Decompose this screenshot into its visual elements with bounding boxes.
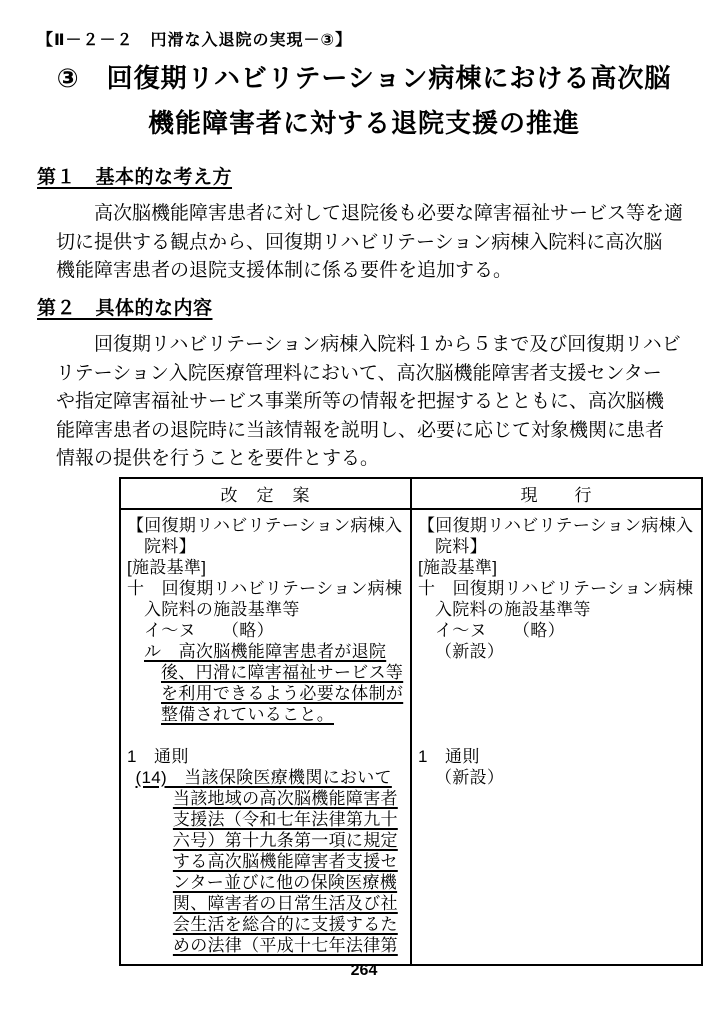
table-text-line: イ～ヌ （略） [418,620,698,641]
table-text-line: めの法律（平成十七年法律第 [127,935,407,956]
table-text-line: 整備されていること。 [127,704,407,725]
table-text-line: [施設基準] [127,557,407,578]
table-body-row: 【回復期リハビリテーション病棟入院料】[施設基準]十 回復期リハビリテーション病… [120,509,702,965]
table-header-row: 改 定 案 現 行 [120,478,702,509]
table-cell-revised: 【回復期リハビリテーション病棟入院料】[施設基準]十 回復期リハビリテーション病… [120,509,411,965]
table-text-line: ル 高次脳機能障害患者が退院 [127,641,407,662]
page-title: ③ 回復期リハビリテーション病棟における高次脳 機能障害者に対する退院支援の推進 [0,56,728,146]
page-number: 264 [0,962,728,980]
table-text-line: 1 通則 [127,746,407,767]
table-text-line: 【回復期リハビリテーション病棟入 [127,515,407,536]
table-text-line: 入院料の施設基準等 [127,599,407,620]
table-header-current: 現 行 [411,478,702,509]
table-cell-current: 【回復期リハビリテーション病棟入院料】[施設基準]十 回復期リハビリテーション病… [411,509,702,965]
table-text-line: ンター並びに他の保険医療機 [127,872,407,893]
table-text-line: 十 回復期リハビリテーション病棟 [127,578,407,599]
table-blank-line [418,662,698,683]
table-text-line: 【回復期リハビリテーション病棟入 [418,515,698,536]
section-1-heading: 第１ 基本的な考え方 [37,162,232,189]
table-text-line: イ～ヌ （略） [127,620,407,641]
table-text-line: 当該地域の高次脳機能障害者 [127,788,407,809]
table-text-line: を利用できるよう必要な体制が [127,683,407,704]
table-text-line: 関、障害者の日常生活及び社 [127,893,407,914]
table-text-line: (14) 当該保険医療機関において [127,767,407,788]
table-text-line: [施設基準] [418,557,698,578]
table-text-line: （新設） [418,641,698,662]
table-text-line: 院料】 [418,536,698,557]
table-text-line: 支援法（令和七年法律第九十 [127,809,407,830]
section-1-body: 高次脳機能障害患者に対して退院後も必要な障害福祉サービス等を適 切に提供する観点… [56,200,716,286]
table-blank-line [418,683,698,704]
table-text-line: 院料】 [127,536,407,557]
section-2-body: 回復期リハビリテーション病棟入院料１から５まで及び回復期リハビ リテーション入院… [56,331,716,474]
table-text-line: 後、円滑に障害福祉サービス等 [127,662,407,683]
table-blank-line [418,725,698,746]
page-title-line-2: 機能障害者に対する退院支援の推進 [0,101,728,146]
table-text-line: （新設） [418,767,698,788]
table-blank-line [127,725,407,746]
page-title-line-1: ③ 回復期リハビリテーション病棟における高次脳 [0,56,728,101]
table-blank-line [418,704,698,725]
section-2-heading: 第２ 具体的な内容 [37,293,213,320]
table-text-line: 十 回復期リハビリテーション病棟 [418,578,698,599]
table-text-line: 会生活を総合的に支援するた [127,914,407,935]
comparison-table: 改 定 案 現 行 【回復期リハビリテーション病棟入院料】[施設基準]十 回復期… [119,477,703,966]
table-text-line: 1 通則 [418,746,698,767]
document-page: 【Ⅱ－２－２ 円滑な入退院の実現－③】 ③ 回復期リハビリテーション病棟における… [0,0,728,1012]
table-text-line: 入院料の施設基準等 [418,599,698,620]
table-header-revised: 改 定 案 [120,478,411,509]
table-text-line: する高次脳機能障害者支援セ [127,851,407,872]
table-text-line: 六号）第十九条第一項に規定 [127,830,407,851]
document-section-label: 【Ⅱ－２－２ 円滑な入退院の実現－③】 [37,27,352,50]
